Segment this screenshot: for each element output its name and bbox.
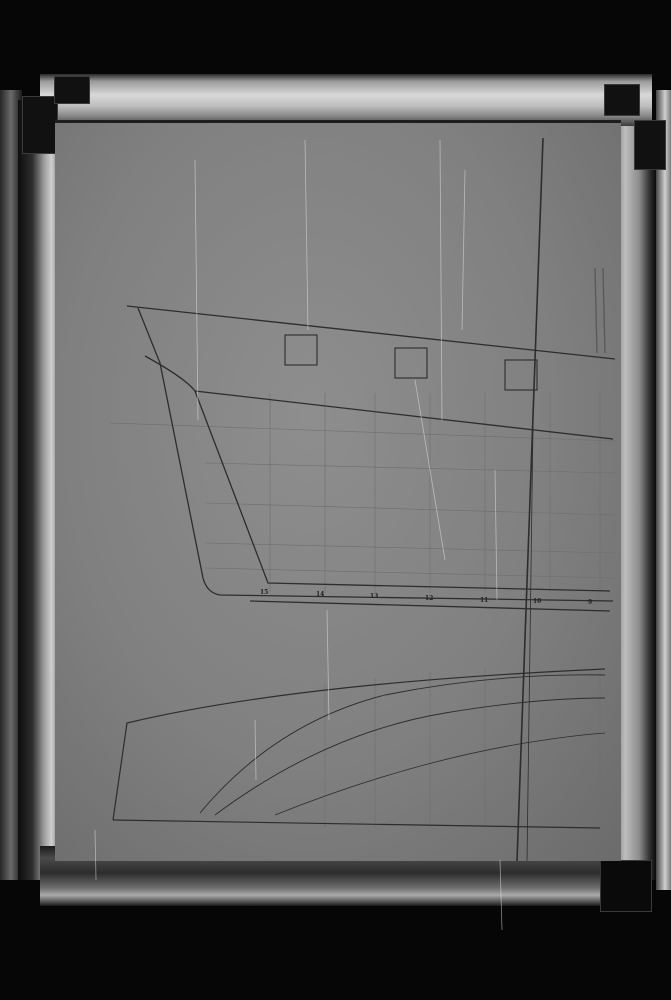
- profile-lines: [127, 138, 615, 861]
- portholes: [285, 335, 537, 390]
- station-label: 14: [316, 591, 324, 598]
- drawing-sheet: 15 14 13 12 11 10 9: [55, 120, 621, 861]
- station-label: 15: [260, 589, 268, 596]
- clamp-top-right-upper: [604, 84, 640, 116]
- station-label: 12: [425, 595, 433, 602]
- photo-stage: 15 14 13 12 11 10 9: [0, 0, 671, 1000]
- frame-top-rail: [40, 74, 652, 126]
- half-breadth-lines: [113, 669, 605, 828]
- station-label: 13: [370, 593, 378, 600]
- clamp-top-left-upper: [54, 76, 90, 104]
- station-label: 11: [480, 597, 488, 604]
- clamp-top-right: [634, 120, 666, 170]
- station-label: 10: [533, 598, 541, 605]
- clamp-top-left: [22, 96, 58, 154]
- clamp-bottom-right: [600, 860, 652, 912]
- lines-plan-drawing: [55, 123, 621, 861]
- frame-outer-right-edge: [656, 90, 671, 890]
- grid-lines: [110, 393, 615, 828]
- station-label: 9: [588, 599, 592, 606]
- stanchion-mark: [595, 268, 605, 353]
